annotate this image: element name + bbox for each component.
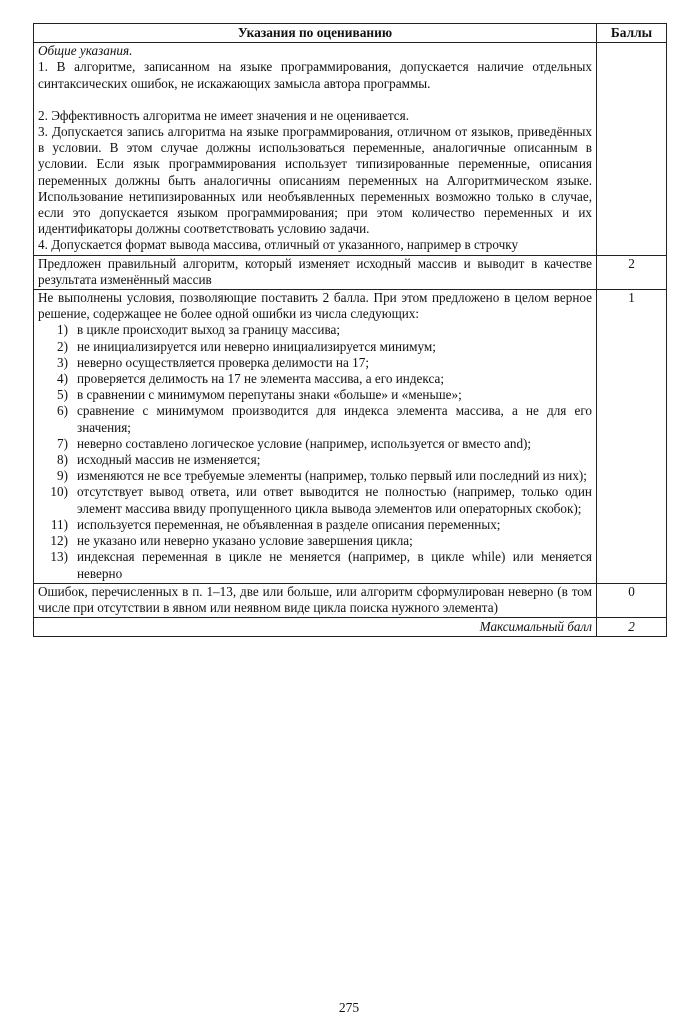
criterion-text: Предложен правильный алгоритм, который и… [34, 255, 597, 289]
general-point-3: 3. Допускается запись алгоритма на языке… [38, 124, 592, 237]
error-text: в сравнении с минимумом перепутаны знаки… [77, 387, 592, 403]
spacer [38, 92, 592, 108]
error-text: не указано или неверно указано условие з… [77, 533, 592, 549]
error-text: не инициализируется или неверно инициали… [77, 339, 592, 355]
error-text: сравнение с минимумом производится для и… [77, 403, 592, 435]
error-number: 10) [38, 484, 77, 516]
error-text: индексная переменная в цикле не меняется… [77, 549, 592, 581]
table-row: Предложен правильный алгоритм, который и… [34, 255, 667, 289]
table-row: Не выполнены условия, позволяющие постав… [34, 290, 667, 584]
error-number: 2) [38, 339, 77, 355]
error-text: исходный массив не изменяется; [77, 452, 592, 468]
score-header: Баллы [597, 24, 667, 43]
error-item: 5)в сравнении с минимумом перепутаны зна… [38, 387, 592, 403]
general-point-1: 1. В алгоритме, записанном на языке прог… [38, 59, 592, 91]
grading-table: Указания по оцениванию Баллы Общие указа… [33, 23, 667, 637]
error-number: 3) [38, 355, 77, 371]
criterion-text: Ошибок, перечисленных в п. 1–13, две или… [34, 583, 597, 617]
criteria-header: Указания по оцениванию [34, 24, 597, 43]
general-point-4: 4. Допускается формат вывода массива, от… [38, 237, 592, 253]
error-number: 8) [38, 452, 77, 468]
error-item: 13)индексная переменная в цикле не меняе… [38, 549, 592, 581]
error-number: 12) [38, 533, 77, 549]
error-item: 6)сравнение с минимумом производится для… [38, 403, 592, 435]
general-point-2: 2. Эффективность алгоритма не имеет знач… [38, 108, 592, 124]
error-list: 1)в цикле происходит выход за границу ма… [38, 322, 592, 581]
criterion-text: Не выполнены условия, позволяющие постав… [38, 290, 592, 322]
error-item: 10)отсутствует вывод ответа, или ответ в… [38, 484, 592, 516]
page-number: 275 [0, 1000, 698, 1016]
criterion-score: 2 [597, 255, 667, 289]
error-item: 3)неверно осуществляется проверка делимо… [38, 355, 592, 371]
max-score-row: Максимальный балл 2 [34, 618, 667, 637]
general-instructions: Общие указания. 1. В алгоритме, записанн… [34, 43, 597, 255]
max-score-value: 2 [597, 618, 667, 637]
error-number: 7) [38, 436, 77, 452]
error-number: 4) [38, 371, 77, 387]
error-text: проверяется делимость на 17 не элемента … [77, 371, 592, 387]
error-item: 8)исходный массив не изменяется; [38, 452, 592, 468]
error-item: 11)используется переменная, не объявленн… [38, 517, 592, 533]
error-item: 4)проверяется делимость на 17 не элемент… [38, 371, 592, 387]
error-item: 7)неверно составлено логическое условие … [38, 436, 592, 452]
table-header-row: Указания по оцениванию Баллы [34, 24, 667, 43]
error-item: 12)не указано или неверно указано услови… [38, 533, 592, 549]
error-item: 1)в цикле происходит выход за границу ма… [38, 322, 592, 338]
error-number: 13) [38, 549, 77, 581]
general-instructions-row: Общие указания. 1. В алгоритме, записанн… [34, 43, 667, 255]
error-item: 9)изменяются не все требуемые элементы (… [38, 468, 592, 484]
error-item: 2)не инициализируется или неверно инициа… [38, 339, 592, 355]
general-instructions-title: Общие указания. [38, 43, 592, 59]
error-text: в цикле происходит выход за границу масс… [77, 322, 592, 338]
criterion-score: 1 [597, 290, 667, 584]
criterion-score: 0 [597, 583, 667, 617]
error-text: неверно осуществляется проверка делимост… [77, 355, 592, 371]
table-row: Ошибок, перечисленных в п. 1–13, две или… [34, 583, 667, 617]
error-text: изменяются не все требуемые элементы (на… [77, 468, 592, 484]
error-text: отсутствует вывод ответа, или ответ выво… [77, 484, 592, 516]
general-score-cell [597, 43, 667, 255]
error-number: 1) [38, 322, 77, 338]
error-number: 9) [38, 468, 77, 484]
error-number: 6) [38, 403, 77, 435]
error-number: 5) [38, 387, 77, 403]
error-text: используется переменная, не объявленная … [77, 517, 592, 533]
error-number: 11) [38, 517, 77, 533]
max-score-label: Максимальный балл [34, 618, 597, 637]
criterion-cell: Не выполнены условия, позволяющие постав… [34, 290, 597, 584]
error-text: неверно составлено логическое условие (н… [77, 436, 592, 452]
